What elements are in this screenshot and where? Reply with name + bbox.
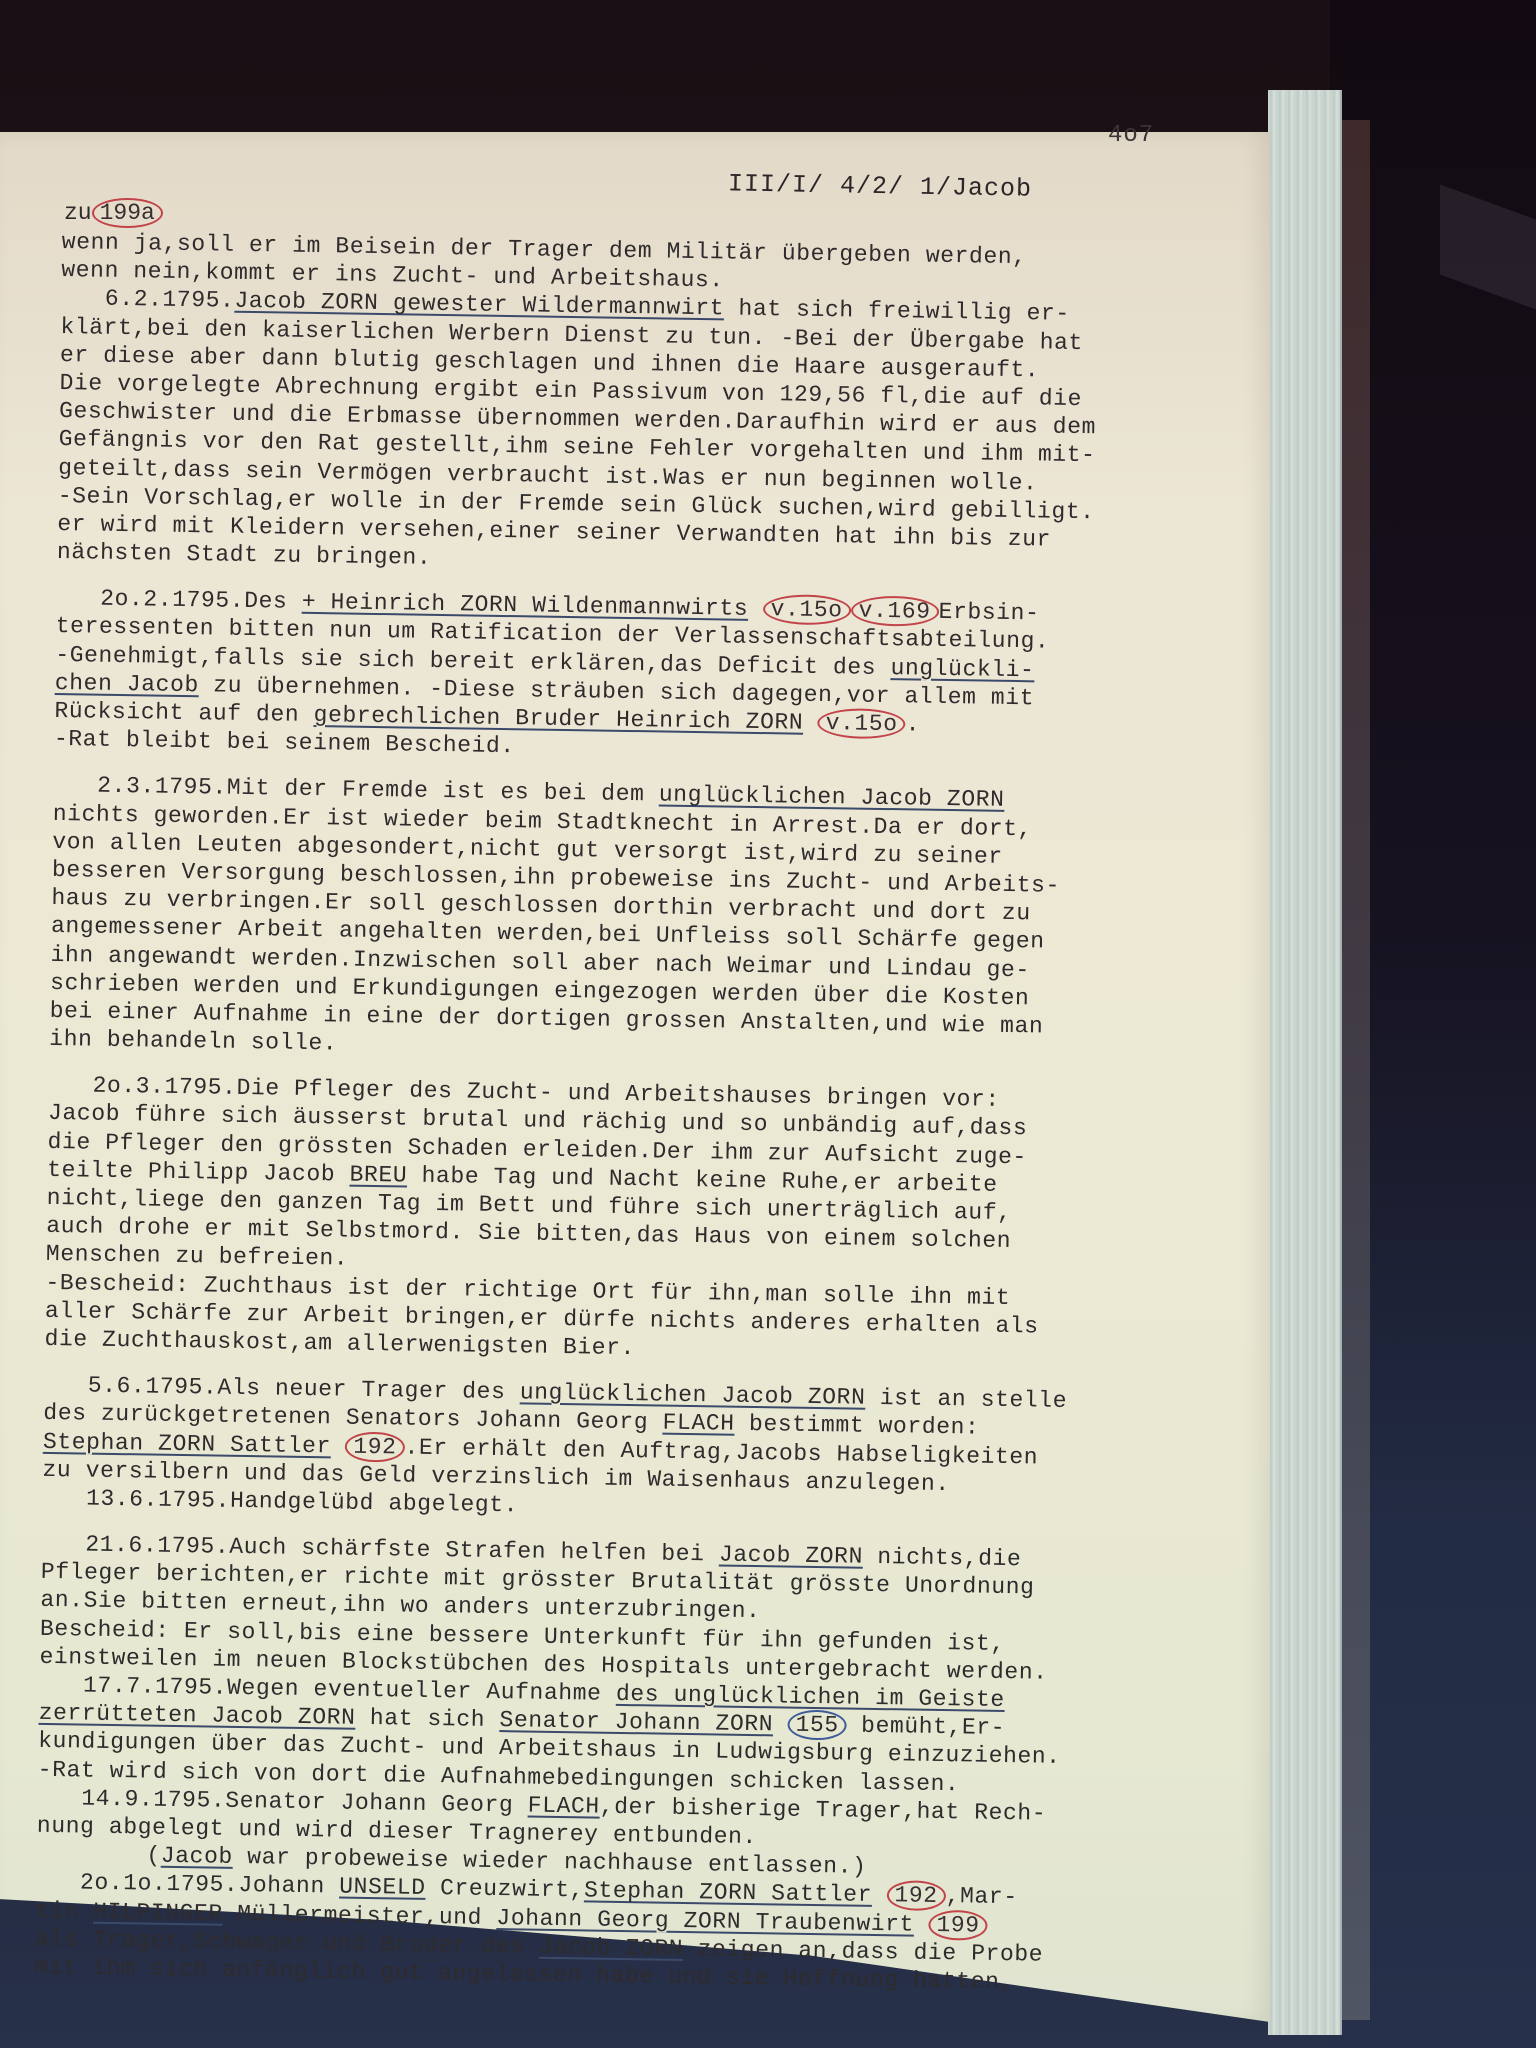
underlined-text: unglückli- (890, 655, 1034, 683)
text: Des (244, 588, 302, 615)
text: ( (146, 1843, 161, 1869)
text: hat sich freiwillig er- (724, 296, 1070, 327)
underlined-name: UNSELD (339, 1874, 426, 1901)
document-body: wenn ja,soll er im Beisein der Trager de… (34, 228, 1261, 2000)
underlined-name: Stephan ZORN Sattler (584, 1878, 872, 1909)
underlined-name: FLACH (662, 1410, 734, 1437)
text: Erbsin- (938, 599, 1039, 627)
underlined-name: FLACH (528, 1792, 600, 1819)
circled-reference: 199a (92, 198, 163, 228)
entry-date: 6.2.1795. (105, 286, 235, 314)
entry-date: 2.3.1795. (97, 773, 227, 801)
text: ist an stelle (865, 1385, 1067, 1414)
circled-reference: v.169 (850, 596, 938, 627)
underlined-name: zerrütteten Jacob ZORN (38, 1700, 355, 1731)
circled-reference: v.15o (817, 708, 905, 739)
text: nichts,die (863, 1544, 1022, 1572)
underlined-name: unglücklichen Jacob ZORN (659, 782, 1005, 813)
circled-reference: 155 (787, 1710, 847, 1741)
zu-prefix: zu (64, 200, 92, 226)
circled-reference: 192 (345, 1431, 405, 1462)
text: 2o.1o.1795.Johann (80, 1870, 340, 1900)
circled-reference: v.15o (762, 594, 850, 625)
text: Müllermeister,und (223, 1900, 497, 1930)
page-number: 4o7 (1108, 122, 1154, 149)
underlined-name: Senator Johann ZORN (499, 1707, 773, 1737)
cross-reference: zu199a (64, 200, 163, 226)
text: hat sich (355, 1705, 499, 1733)
text: Creuzwirt, (425, 1875, 584, 1903)
underlined-name: HILPINGER (93, 1898, 223, 1926)
underlined-name: unglücklichen Jacob ZORN (520, 1379, 866, 1410)
underlined-name: BREU (349, 1161, 407, 1188)
underlined-name: Stephan ZORN Sattler (43, 1428, 331, 1459)
book-cover-edge (1340, 120, 1370, 2020)
archive-reference: III/I/ 4/2/ 1/Jacob (728, 169, 1033, 203)
text: ,Mar- (945, 1883, 1017, 1910)
entry-date: 2o.2.1795. (100, 586, 244, 614)
text: zeigen an,dass die Probe (683, 1936, 1043, 1968)
text: teilte Philipp Jacob (47, 1157, 350, 1188)
underlined-name: Jacob ZORN (539, 1933, 683, 1961)
text: bestimmt worden: (734, 1411, 979, 1441)
text: tin (35, 1897, 93, 1924)
circled-reference: 199 (928, 1909, 988, 1940)
underlined-name: Jacob (161, 1843, 233, 1870)
book-page-edges (1268, 90, 1342, 2035)
circled-reference: 192 (886, 1880, 946, 1911)
text: Rücksicht auf den (54, 698, 314, 728)
text: bemüht,Er- (847, 1713, 1006, 1741)
underlined-text: chen Jacob (55, 670, 199, 698)
underlined-name: Jacob ZORN (719, 1542, 863, 1570)
